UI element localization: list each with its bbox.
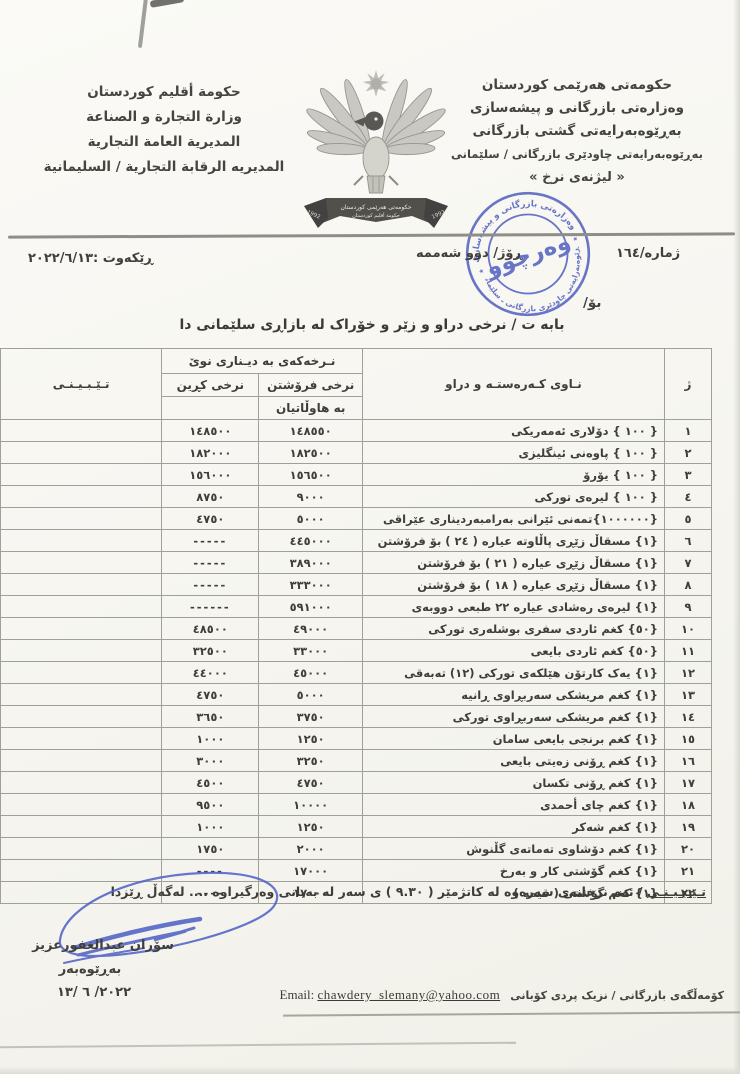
column-header-item-name: نـاوی کـەرەستـە و دراو	[362, 349, 664, 420]
table-row: ٥{١٠٠٠٠٠٠}تمەنی ئێرانی بەرامبەردیناری عێ…	[1, 508, 712, 530]
row-number: ٢	[664, 442, 711, 464]
letterhead-line: حكومة أقليم كوردستان	[28, 80, 300, 105]
note-cell	[1, 508, 162, 530]
document-title: بابه ت / نرخی دراو و زێر و خۆراک له بازا…	[84, 317, 660, 333]
scan-edge-shadow	[0, 1066, 740, 1074]
note-cell	[1, 772, 162, 794]
buy-price: -----	[162, 552, 259, 574]
item-name: {٥٠} کغم ئاردی سفری بوشلەری تورکی	[362, 618, 664, 640]
footer-divider-line-lower	[0, 1042, 516, 1049]
sell-price: ٥٠٠٠	[259, 684, 362, 706]
table-row: ١٤{١} کغم مریشکی سەربڕاوی تورکی٣٧٥٠٣٦٥٠	[1, 706, 712, 728]
buy-price: ١٠٠٠	[162, 728, 259, 750]
row-number: ٢٠	[664, 838, 711, 860]
column-header-sell-price-sub: بە هاوڵاتیان	[259, 397, 362, 420]
table-row: ٩{١} لیرەی رەشادی عیارە ٢٢ طبعی دووبەی٥٩…	[1, 596, 712, 618]
row-number: ١٠	[664, 618, 711, 640]
buy-price: ٣٦٥٠	[162, 706, 259, 728]
note-cell	[1, 552, 162, 574]
buy-price: ٤٤٠٠٠	[162, 662, 259, 684]
sell-price: ١٢٥٠	[259, 728, 362, 750]
item-name: { ١٠٠ } لیرەی تورکی	[362, 486, 664, 508]
item-name: {١} یەک کارتۆن هێلکەی تورکی (١٢) تەبەقی	[362, 662, 664, 684]
sell-price: ١٨٢٥٠٠	[259, 442, 362, 464]
table-row: ١٠{٥٠} کغم ئاردی سفری بوشلەری تورکی٤٩٠٠٠…	[1, 618, 712, 640]
email-label: Email:	[280, 987, 315, 1002]
row-number: ١٨	[664, 794, 711, 816]
buy-price: ١٤٨٥٠٠	[162, 420, 259, 442]
table-row: ٦{١} مسقاڵ زێڕی پاڵاوتە عیارە ( ٢٤ ) بۆ …	[1, 530, 712, 552]
note-cell	[1, 596, 162, 618]
sell-price: ٣٧٥٠	[259, 706, 362, 728]
column-header-notes: تـێـبـیـنـی	[1, 349, 162, 420]
note-cell	[1, 442, 162, 464]
document-number: ژماره/١٦٤	[616, 246, 680, 261]
item-name: {١} مسقاڵ زێڕی عیارە ( ٢١ ) بۆ فرۆشتن	[362, 552, 664, 574]
row-number: ٩	[664, 596, 711, 618]
sell-price: ٣٢٥٠	[259, 750, 362, 772]
sell-price: ٩٠٠٠	[259, 486, 362, 508]
buy-price: ٨٧٥٠	[162, 486, 259, 508]
footer-address: کۆمەڵگەی بازرگانی / نزیک پردی کۆبانی	[510, 989, 724, 1002]
item-name: {١} کغم دۆشاوی تەماتەی گڵنوش	[362, 838, 664, 860]
row-number: ٥	[664, 508, 711, 530]
footer-email-group: Email: chawdery_slemany@yahoo.com	[280, 987, 501, 1003]
note-cell	[1, 706, 162, 728]
addressee-label: بۆ/	[583, 295, 601, 311]
note-cell	[1, 420, 162, 442]
table-row: ١٧{١} کغم ڕۆنی تکسان٤٧٥٠٤٥٠٠	[1, 772, 712, 794]
stamp-star-left: ٭	[477, 265, 486, 277]
item-name: {١} مسقاڵ زێڕی عیارە ( ١٨ ) بۆ فرۆشتن	[362, 574, 664, 596]
note-cell	[1, 574, 162, 596]
row-number: ١١	[664, 640, 711, 662]
sell-price: ١٥٦٥٠٠	[259, 464, 362, 486]
table-row: ١٩{١} کغم شەکر١٢٥٠١٠٠٠	[1, 816, 712, 838]
item-name: {١} کغم ڕۆنی زەیتی بایعی	[362, 750, 664, 772]
item-name: {١} کغم شەکر	[362, 816, 664, 838]
note-cell	[1, 816, 162, 838]
note-cell	[1, 662, 162, 684]
buy-price: ٤٧٥٠	[162, 684, 259, 706]
row-number: ٣	[664, 464, 711, 486]
row-number: ٢١	[664, 860, 711, 882]
table-row: ١٣{١} کغم مریشکی سەربڕاوی ڕانیە٥٠٠٠٤٧٥٠	[1, 684, 712, 706]
row-number: ١٧	[664, 772, 711, 794]
sell-price: ٣٣٠٠٠	[259, 640, 362, 662]
item-name: {١} کغم مریشکی سەربڕاوی ڕانیە	[362, 684, 664, 706]
table-row: ٤{ ١٠٠ } لیرەی تورکی٩٠٠٠٨٧٥٠	[1, 486, 712, 508]
row-number: ٨	[664, 574, 711, 596]
row-number: ١٤	[664, 706, 711, 728]
buy-price: ------	[162, 596, 259, 618]
sell-price: ٢٠٠٠	[259, 838, 362, 860]
buy-price: ٤٧٥٠	[162, 508, 259, 530]
buy-price: ٤٥٠٠	[162, 772, 259, 794]
letterhead-line: حکومەتی هەرێمی کوردستان	[426, 74, 728, 97]
email-address: chawdery_slemany@yahoo.com	[317, 987, 500, 1002]
item-name: {١} کغم ڕۆنی تکسان	[362, 772, 664, 794]
footnote-label: تـێـبـیـنـی	[647, 884, 706, 899]
note-cell	[1, 794, 162, 816]
note-cell	[1, 684, 162, 706]
buy-price: ١٧٥٠	[162, 838, 259, 860]
buy-price: ٣٢٥٠٠	[162, 640, 259, 662]
letterhead-line: المديريه الرقابة التجارية / السليمانية	[28, 155, 300, 180]
column-header-price-group: نـرخەکەی بە دیـناری نوێ	[162, 349, 363, 374]
row-number: ١٩	[664, 816, 711, 838]
item-name: {١} لیرەی رەشادی عیارە ٢٢ طبعی دووبەی	[362, 596, 664, 618]
item-name: { ١٠٠ } پاوەنی ئینگلیزی	[362, 442, 664, 464]
table-row: ٢٠{١} کغم دۆشاوی تەماتەی گڵنوش٢٠٠٠١٧٥٠	[1, 838, 712, 860]
table-row: ١١{٥٠} کغم ئاردی بایعی٣٣٠٠٠٣٢٥٠٠	[1, 640, 712, 662]
sell-price: ١٤٨٥٥٠	[259, 420, 362, 442]
table-row: ٨{١} مسقاڵ زێڕی عیارە ( ١٨ ) بۆ فرۆشتن٣٣…	[1, 574, 712, 596]
row-number: ١	[664, 420, 711, 442]
sell-price: ٣٨٩٠٠٠	[259, 552, 362, 574]
emblem-ribbon-text-kurdish: حکومەتی هەرێمی کوردستان	[340, 204, 411, 211]
sell-price: ٤٧٥٠	[259, 772, 362, 794]
letterhead-line: بەڕێوەبەرایەتی گشتی بازرگانی	[426, 120, 728, 143]
document-day: ڕۆژ/ دوو شەممە	[416, 246, 522, 261]
sell-price: ٥٠٠٠	[259, 508, 362, 530]
signatory-title: بەڕێوەبەر	[30, 962, 150, 977]
buy-price: -----	[162, 574, 259, 596]
table-row: ١٦{١} کغم ڕۆنی زەیتی بایعی٣٢٥٠٣٠٠٠	[1, 750, 712, 772]
row-number: ١٣	[664, 684, 711, 706]
note-cell	[1, 464, 162, 486]
item-name: { ١٠٠ } دۆلاری ئەمەریکی	[362, 420, 664, 442]
note-cell	[1, 640, 162, 662]
table-row: ٣{ ١٠٠ } یۆرۆ١٥٦٥٠٠١٥٦٠٠٠	[1, 464, 712, 486]
row-number: ١٢	[664, 662, 711, 684]
table-row: ٧{١} مسقاڵ زێڕی عیارە ( ٢١ ) بۆ فرۆشتن٣٨…	[1, 552, 712, 574]
item-name: {٥٠} کغم ئاردی بایعی	[362, 640, 664, 662]
table-row: ١{ ١٠٠ } دۆلاری ئەمەریکی١٤٨٥٥٠١٤٨٥٠٠	[1, 420, 712, 442]
letterhead-line: وەزارەتی بازرگانی و پیشەسازی	[426, 97, 728, 120]
item-name: {١} کغم مریشکی سەربڕاوی تورکی	[362, 706, 664, 728]
scan-edge-shadow	[733, 0, 740, 1074]
signature-date: ٢٠٢٢/ ٦ /١٣	[24, 985, 164, 1000]
column-header-buy-empty	[162, 397, 259, 420]
column-header-sell-price: نرخی فرۆشتن	[259, 374, 362, 397]
buy-price: ٩٥٠٠	[162, 794, 259, 816]
scanned-document-page: حكومة أقليم كوردستان وزارة التجارة و الص…	[0, 0, 740, 1074]
sell-price: ٤٥٠٠٠	[259, 662, 362, 684]
note-cell	[1, 486, 162, 508]
item-name: {١} کغم چای أحمدی	[362, 794, 664, 816]
buy-price: ٤٨٥٠٠	[162, 618, 259, 640]
sell-price: ٣٣٣٠٠٠	[259, 574, 362, 596]
row-number: ١٦	[664, 750, 711, 772]
buy-price: ١٥٦٠٠٠	[162, 464, 259, 486]
note-cell	[1, 728, 162, 750]
buy-price: -----	[162, 530, 259, 552]
row-number: ٤	[664, 486, 711, 508]
buy-price: ١٨٢٠٠٠	[162, 442, 259, 464]
note-cell	[1, 750, 162, 772]
item-name: {١٠٠٠٠٠٠}تمەنی ئێرانی بەرامبەردیناری عێر…	[362, 508, 664, 530]
column-header-number: ژ	[664, 349, 711, 420]
sell-price: ١٢٥٠	[259, 816, 362, 838]
item-name: {١} کغم برنجی بایعی سامان	[362, 728, 664, 750]
price-table-body: ١{ ١٠٠ } دۆلاری ئەمەریکی١٤٨٥٥٠١٤٨٥٠٠٢{ ١…	[1, 420, 712, 904]
footer-contact-row: کۆمەڵگەی بازرگانی / نزیک پردی کۆبانی Ema…	[288, 987, 724, 1003]
row-number: ٦	[664, 530, 711, 552]
note-cell	[1, 618, 162, 640]
document-date: ڕێکەوت :٢٠٢٢/٦/١٣	[28, 251, 153, 266]
item-name: {١} مسقاڵ زێڕی پاڵاوتە عیارە ( ٢٤ ) بۆ ف…	[362, 530, 664, 552]
buy-price: ١٠٠٠	[162, 816, 259, 838]
footer-divider-line	[283, 1011, 740, 1016]
letterhead-arabic: حكومة أقليم كوردستان وزارة التجارة و الص…	[28, 80, 300, 180]
signatory-name: سۆران عبدالغفورعزیز	[24, 938, 182, 953]
table-row: ١٢{١} یەک کارتۆن هێلکەی تورکی (١٢) تەبەق…	[1, 662, 712, 684]
price-table: ژ نـاوی کـەرەستـە و دراو نـرخەکەی بە دیـ…	[0, 348, 712, 904]
letterhead-line: وزارة التجارة و الصناعة	[28, 105, 300, 130]
signature-scribble	[32, 866, 304, 974]
column-header-buy-price: نرخی کڕین	[162, 374, 259, 397]
sell-price: ٤٤٥٠٠٠	[259, 530, 362, 552]
sell-price: ١٠٠٠٠	[259, 794, 362, 816]
item-name: { ١٠٠ } یۆرۆ	[362, 464, 664, 486]
table-row: ١٨{١} کغم چای أحمدی١٠٠٠٠٩٥٠٠	[1, 794, 712, 816]
note-cell	[1, 838, 162, 860]
scan-smudge-artifact	[150, 0, 185, 8]
row-number: ٧	[664, 552, 711, 574]
note-cell	[1, 530, 162, 552]
emblem-ribbon-text-arabic: حكومة أقليم كوردستان	[352, 212, 400, 219]
item-name: {١} کغم گۆشتی کار و بەرخ	[362, 860, 664, 882]
row-number: ١٥	[664, 728, 711, 750]
scan-edge-artifact	[138, 0, 148, 48]
sell-price: ٤٩٠٠٠	[259, 618, 362, 640]
table-row: ٢{ ١٠٠ } پاوەنی ئینگلیزی١٨٢٥٠٠١٨٢٠٠٠	[1, 442, 712, 464]
letterhead-line: المديرية العامة التجارية	[28, 130, 300, 155]
sell-price: ٥٩١٠٠٠	[259, 596, 362, 618]
table-row: ١٥{١} کغم برنجی بایعی سامان١٢٥٠١٠٠٠	[1, 728, 712, 750]
buy-price: ٣٠٠٠	[162, 750, 259, 772]
